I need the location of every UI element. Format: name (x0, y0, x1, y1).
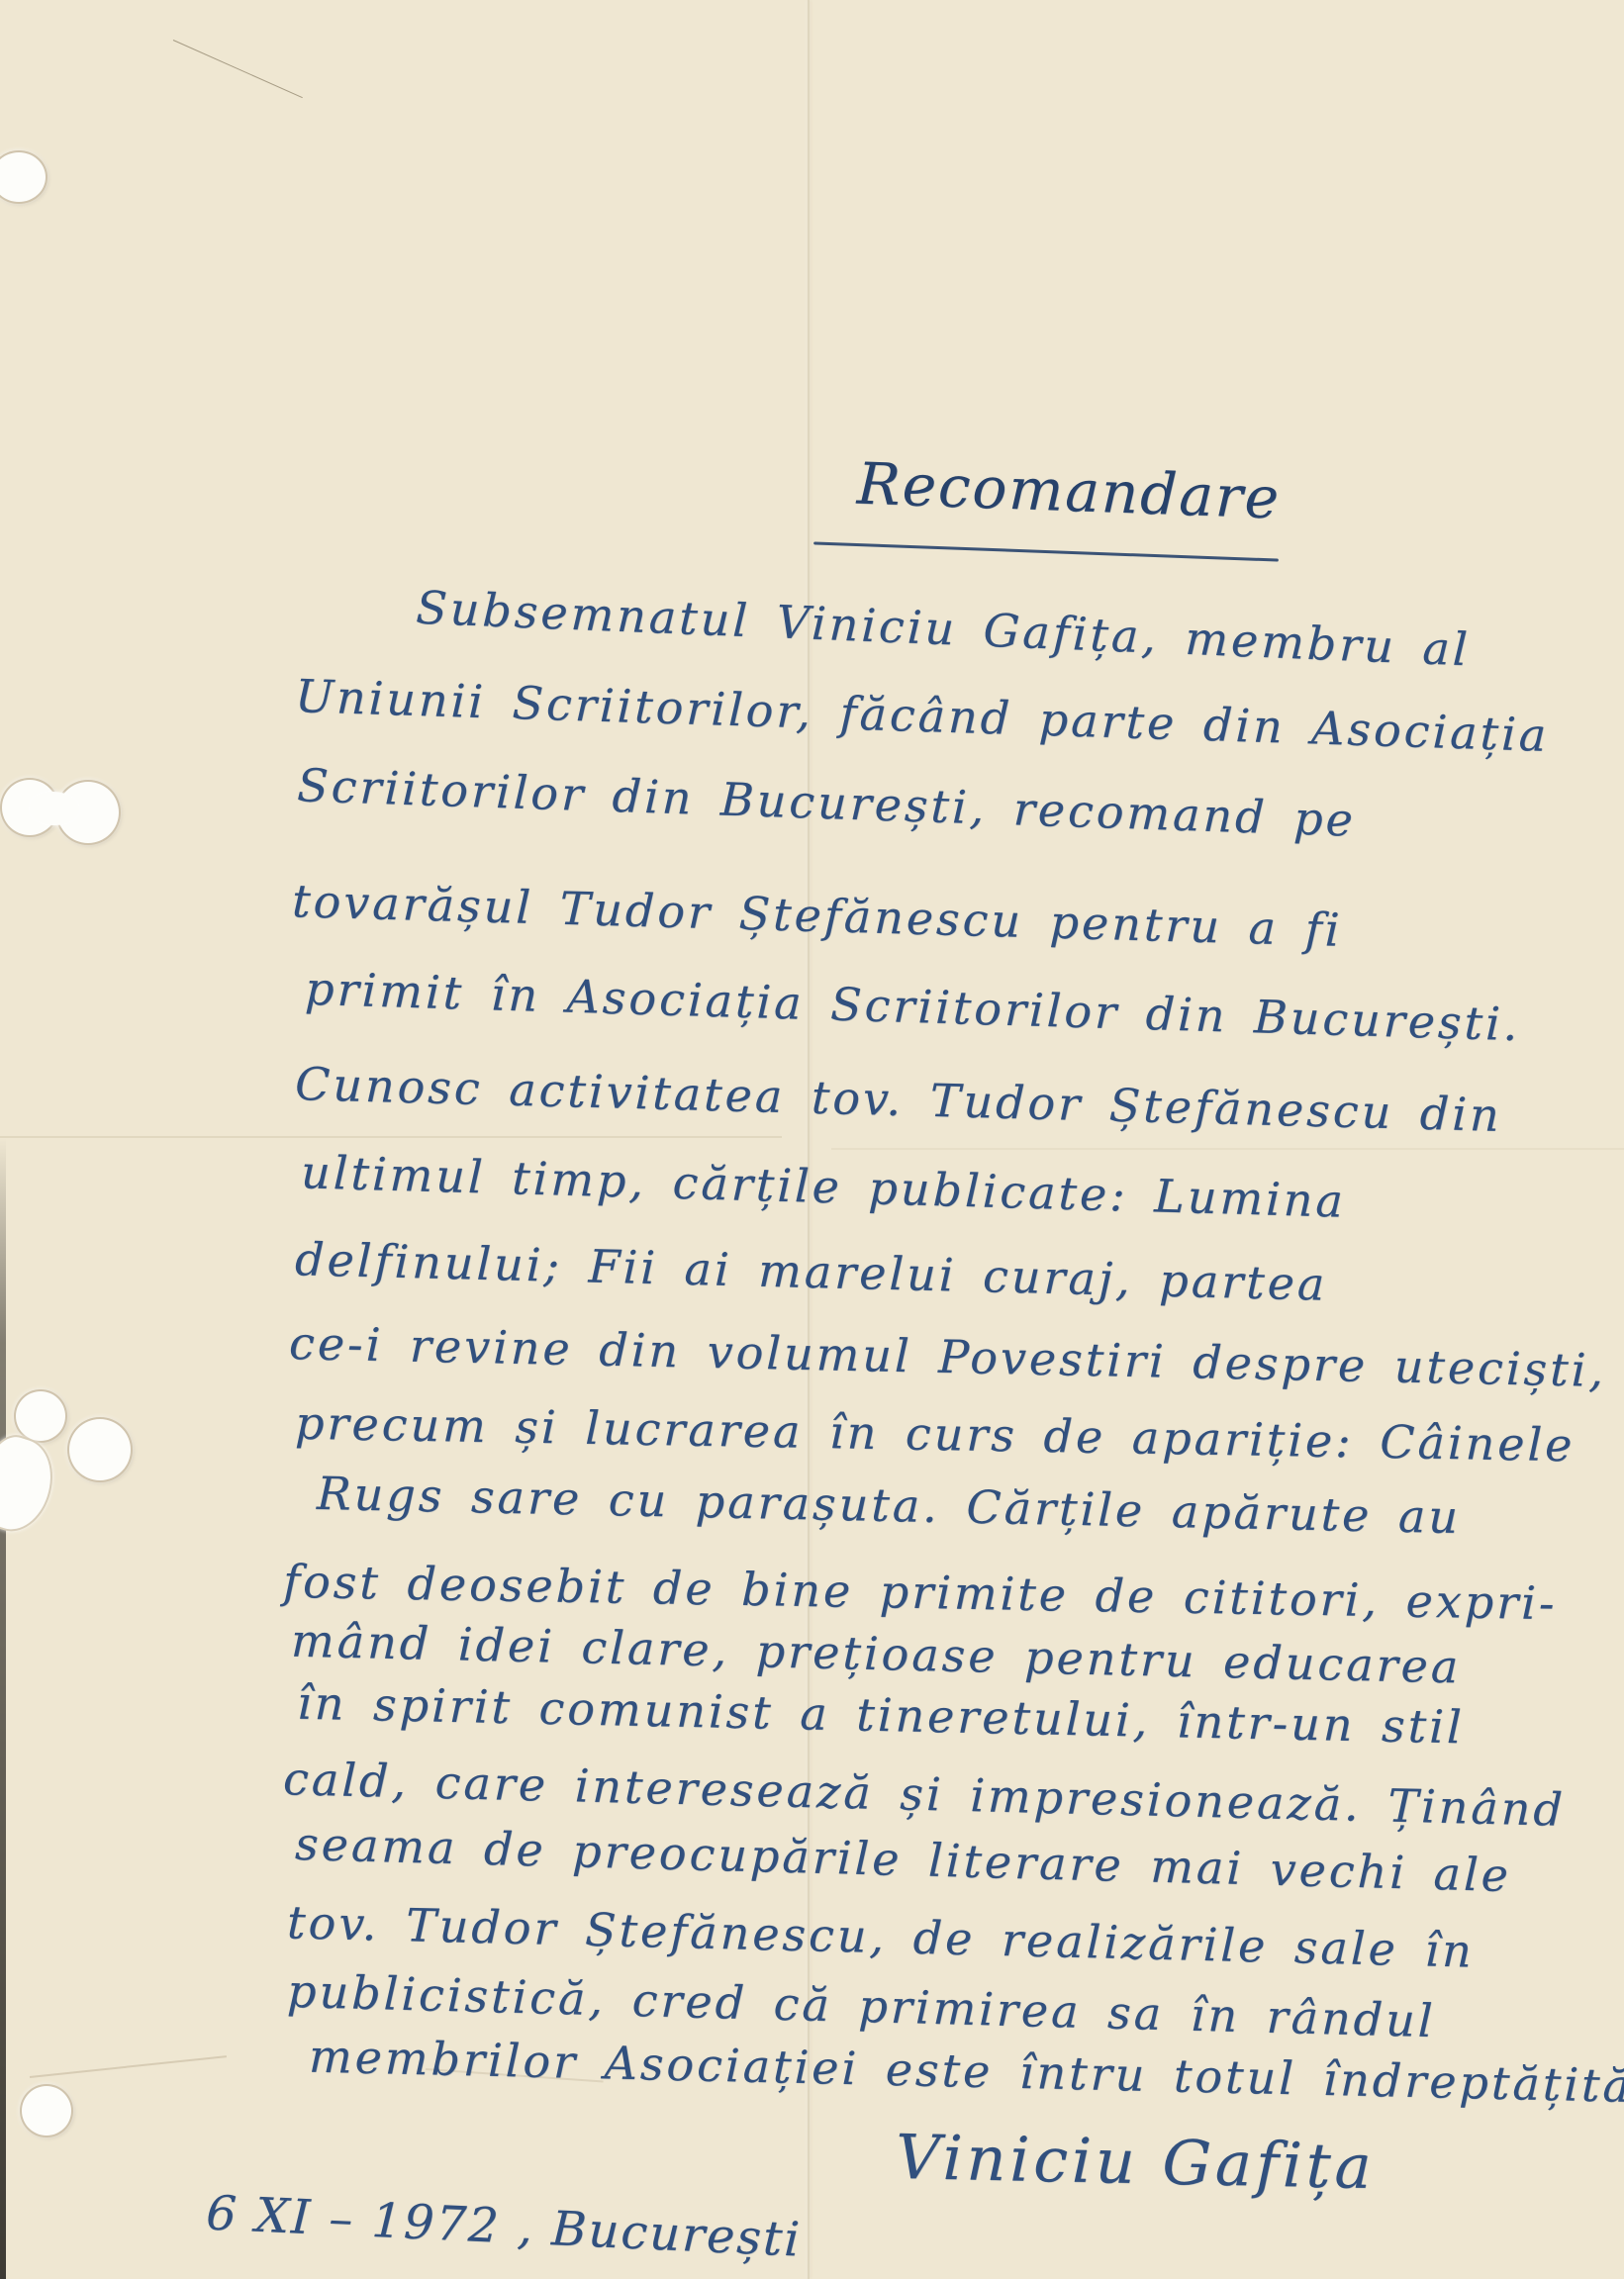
handwritten-line: ultimul timp, cărțile publicate: Lumina (300, 1145, 1346, 1227)
punch-hole-bottom (20, 2084, 73, 2137)
scanned-letter-page: Recomandare Subsemnatul Viniciu Gafița, … (0, 0, 1624, 2279)
letter-title: Recomandare (856, 450, 1282, 532)
handwritten-line: Uniunii Scriitorilor, făcând parte din A… (294, 669, 1550, 762)
signature: Viniciu Gafița (895, 2121, 1376, 2203)
punch-hole-lower-left (14, 1389, 67, 1443)
horizontal-fold-crease (0, 1136, 782, 1138)
handwritten-line: Rugs sare cu parașuta. Cărțile apărute a… (317, 1467, 1462, 1544)
torn-edge-blob (0, 1429, 64, 1541)
date-place: 6 XI – 1972 , București (205, 2185, 803, 2267)
title-underline (813, 541, 1279, 561)
handwritten-line: ce-i revine din volumul Povestiri despre… (289, 1316, 1607, 1397)
punch-hole-lower-right (67, 1417, 133, 1482)
scan-edge-shadow (0, 1138, 6, 2279)
horizontal-fold-crease-right (831, 1148, 1624, 1150)
pencil-scratch-mark (173, 40, 303, 98)
handwritten-line: Scriitorilor din București, recomand pe (296, 758, 1356, 846)
handwritten-line: tovarășul Tudor Ștefănescu pentru a fi (291, 874, 1343, 957)
handwritten-line: tov. Tudor Ștefănescu, de realizările sa… (287, 1895, 1476, 1977)
handwritten-line: precum și lucrarea în curs de apariție: … (295, 1396, 1576, 1472)
handwritten-line: Cunosc activitatea tov. Tudor Ștefănescu… (295, 1057, 1503, 1142)
handwritten-line: primit în Asociația Scriitorilor din Buc… (304, 962, 1521, 1051)
torn-bridge-mid (30, 792, 79, 825)
handwritten-line: Subsemnatul Viniciu Gafița, membru al (415, 581, 1471, 677)
punch-hole-top (0, 150, 48, 204)
bottom-left-crease (30, 2055, 227, 2078)
handwritten-line: delfinului; Fii ai marelui curaj, partea (294, 1232, 1328, 1310)
